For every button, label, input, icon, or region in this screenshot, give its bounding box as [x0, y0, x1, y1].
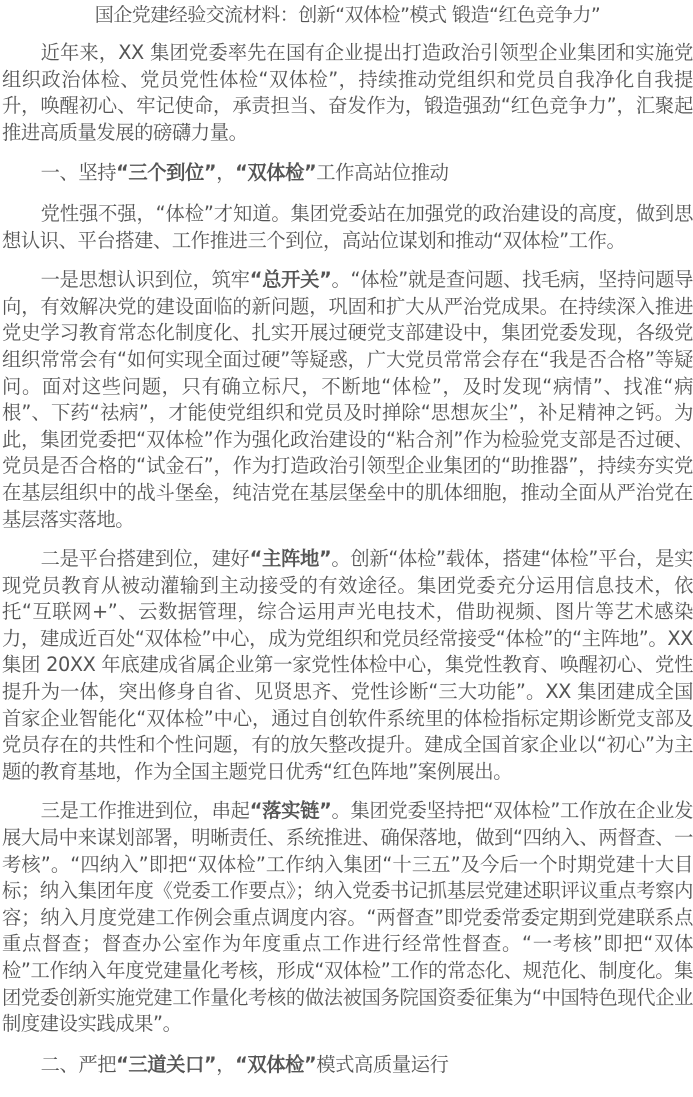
body-paragraph: 党性强不强，“体检”才知道。集团党委站在加强党的政治建设的高度，做到思想认识、平…: [2, 201, 693, 254]
section-heading-1: 一、坚持“三个到位”，“双体检”工作高站位推动: [2, 160, 693, 187]
intro-paragraph: 近年来，XX 集团党委率先在国有企业提出打造政治引领型企业集团和实施党组织政治体…: [2, 40, 693, 146]
point-paragraph-1: 一是思想认识到位，筑牢“总开关”。“体检”就是查问题、找毛病，坚持问题导向，有效…: [2, 267, 693, 533]
heading-bold-2: “双体检”: [235, 1053, 316, 1076]
document: 国企党建经验交流材料：创新“双体检”模式 锻造“红色竞争力” 近年来，XX 集团…: [0, 2, 693, 1078]
heading-mid: ，: [216, 1053, 235, 1076]
heading-suffix: 模式高质量运行: [316, 1053, 448, 1076]
point-lead: 一是思想认识到位，筑牢: [41, 268, 250, 291]
heading-bold-2: “双体检”: [235, 161, 316, 184]
heading-mid: ，: [216, 161, 235, 184]
heading-bold-1: “三个到位”: [116, 161, 216, 184]
point-text: 。集团党委坚持把“双体检”工作放在企业发展大局中来谋划部署，明晰责任、系统推进、…: [2, 799, 693, 1035]
heading-bold-1: “三道关口”: [116, 1053, 216, 1076]
point-paragraph-3: 三是工作推进到位，串起“落实链”。集团党委坚持把“双体检”工作放在企业发展大局中…: [2, 798, 693, 1037]
heading-prefix: 一、坚持: [41, 161, 117, 184]
document-title: 国企党建经验交流材料：创新“双体检”模式 锻造“红色竞争力”: [2, 2, 693, 28]
point-paragraph-2: 二是平台搭建到位，建好“主阵地”。创新“体检”载体，搭建“体检”平台，是实现党员…: [2, 546, 693, 785]
point-bold: “落实链”: [250, 799, 332, 822]
point-bold: “主阵地”: [250, 547, 332, 570]
point-text: 。创新“体检”载体，搭建“体检”平台，是实现党员教育从被动灌输到主动接受的有效途…: [2, 547, 693, 783]
point-bold: “总开关”: [250, 268, 332, 291]
point-lead: 三是工作推进到位，串起: [41, 799, 250, 822]
section-heading-2: 二、严把“三道关口”，“双体检”模式高质量运行: [2, 1052, 693, 1079]
point-lead: 二是平台搭建到位，建好: [41, 547, 250, 570]
heading-suffix: 工作高站位推动: [316, 161, 448, 184]
heading-prefix: 二、严把: [41, 1053, 117, 1076]
point-text: 。“体检”就是查问题、找毛病，坚持问题导向，有效解决党的建设面临的新问题，巩固和…: [2, 268, 693, 530]
